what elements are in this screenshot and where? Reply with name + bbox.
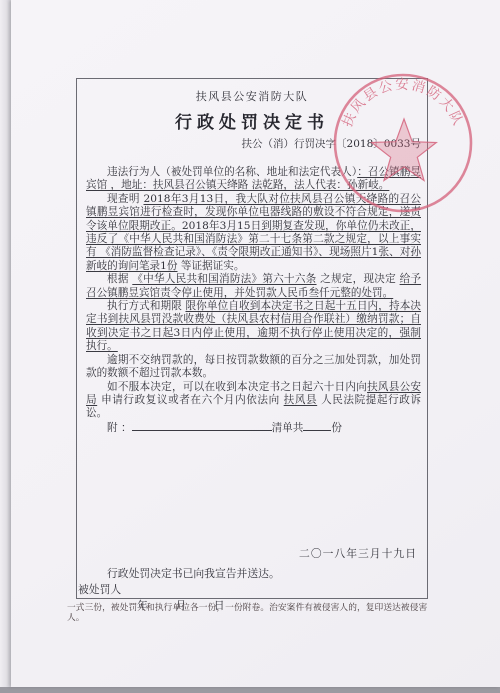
execution-clause: 执行方式和期限 限你单位自收到本决定书之日起十五日内，持本决定书到扶风县罚没款收… [86, 300, 421, 354]
preprinted-text: 根据 [107, 273, 132, 285]
punished-party-label: 被处罚人 [77, 582, 427, 597]
scan-background-edge [0, 0, 11, 687]
preprinted-text: 份 [331, 422, 342, 434]
preprinted-text: 申请行政复议或者在六个月内依法向 [97, 394, 284, 406]
preprinted-text: 违法行为人（被处罚单位的名称、地址和法定代表人） [107, 166, 357, 178]
late-payment-clause: 逾期不交纳罚款的，每日按罚款数额的百分之三加处罚款，加处罚款的数额不超过罚款本数… [86, 354, 421, 381]
preprinted-text: 之规定，现决定 [317, 273, 400, 285]
blank-fill-line [132, 421, 272, 431]
scanned-document-photo: { "header": { "agency": "扶风县公安消防大队", "ti… [0, 0, 500, 693]
filled-in-text: 扶风县 [284, 394, 318, 406]
document-number: 扶公（消）行罚决字〔2018〕0033号 [77, 136, 427, 151]
decision-date: 二〇一八年三月十九日 [77, 546, 427, 561]
facts-clause: 现查明 2018年3月13日，我大队对位扶风县召公镇天绛路的召公镇鹏昱宾馆进行检… [86, 193, 421, 273]
document-body: 违法行为人（被处罚单位的名称、地址和法定代表人）：召公镇鹏昱宾馆 ，地址：扶风县… [77, 166, 427, 435]
preprinted-text: 附 ： [107, 422, 132, 434]
preprinted-text: 逾期不交纳罚款的，每日按罚款数额的百分之三加处罚款，加处罚款的数额不超过罚款本数… [86, 354, 421, 379]
preprinted-text: 等证据证实。 [178, 260, 245, 272]
distribution-footnote: 一式三份，被处罚人和执行单位各一份，一份附卷。治安案件有被侵害人的，复印送达被侵… [67, 603, 433, 623]
preprinted-text: 如不服本决定，可以在收到本决定书之日起六十日内向 [107, 381, 367, 393]
appeal-clause: 如不服本决定，可以在收到本决定书之日起六十日内向扶风县公安局 申请行政复议或者在… [86, 381, 421, 421]
blank-fill-line [303, 421, 331, 431]
service-statement: 行政处罚决定书已向我宣告并送达。 [77, 566, 427, 581]
preprinted-text: 现查明 [107, 193, 144, 205]
filled-in-text: 《中华人民共和国消防法》第六十六条 [132, 273, 316, 285]
attachment-line: 附 ：清单共份 [86, 421, 421, 435]
party-clause: 违法行为人（被处罚单位的名称、地址和法定代表人）：召公镇鹏昱宾馆 ，地址：扶风县… [86, 166, 421, 193]
document-paper: 扶风县公安消防大队 行政处罚决定书 扶公（消）行罚决字〔2018〕0033号 违… [11, 0, 500, 687]
decision-clause: 根据 《中华人民共和国消防法》第六十六条 之规定，现决定 给予召公镇鹏昱宾馆责令… [86, 273, 421, 300]
document-title: 行政处罚决定书 [77, 108, 427, 133]
preprinted-text: 执行方式和期限 [107, 300, 185, 312]
preprinted-text: 清单共 [272, 422, 304, 434]
document-border-box: 扶风县公安消防大队 行政处罚决定书 扶公（消）行罚决字〔2018〕0033号 违… [76, 78, 428, 599]
issuing-agency: 扶风县公安消防大队 [77, 88, 427, 104]
